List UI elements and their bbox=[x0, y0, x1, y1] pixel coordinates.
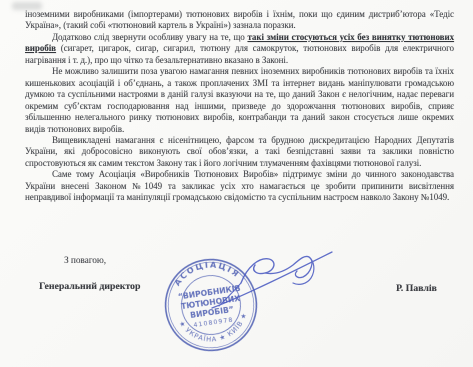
paragraph-continuation: іноземними виробниками (імпортерами) тют… bbox=[25, 9, 454, 32]
paragraph-text: (сигарет, цигарок, сигар, сигарил, тютюн… bbox=[25, 43, 454, 64]
signer-title: Генеральний директор bbox=[39, 281, 140, 292]
director-signature-icon bbox=[210, 244, 342, 318]
signer-name: Р. Павлів bbox=[396, 283, 437, 294]
salutation: З повагою, bbox=[64, 255, 106, 265]
paragraph-manipulation-claims: Не можливо залишити поза увагою намаганн… bbox=[25, 66, 454, 135]
paragraph-additional-note: Додатково слід звернути особливу увагу н… bbox=[25, 32, 454, 66]
scanned-letter-page: іноземними виробниками (імпортерами) тют… bbox=[0, 0, 473, 367]
paragraph-text: Додатково слід звернути особливу увагу н… bbox=[52, 32, 247, 42]
letter-body: іноземними виробниками (імпортерами) тют… bbox=[25, 9, 454, 204]
paragraph-rebuttal: Вищевикладені намагання є нісенітницею, … bbox=[25, 135, 454, 169]
paragraph-association-position: Саме тому Асоціація «Виробників Тютюнови… bbox=[25, 169, 454, 203]
